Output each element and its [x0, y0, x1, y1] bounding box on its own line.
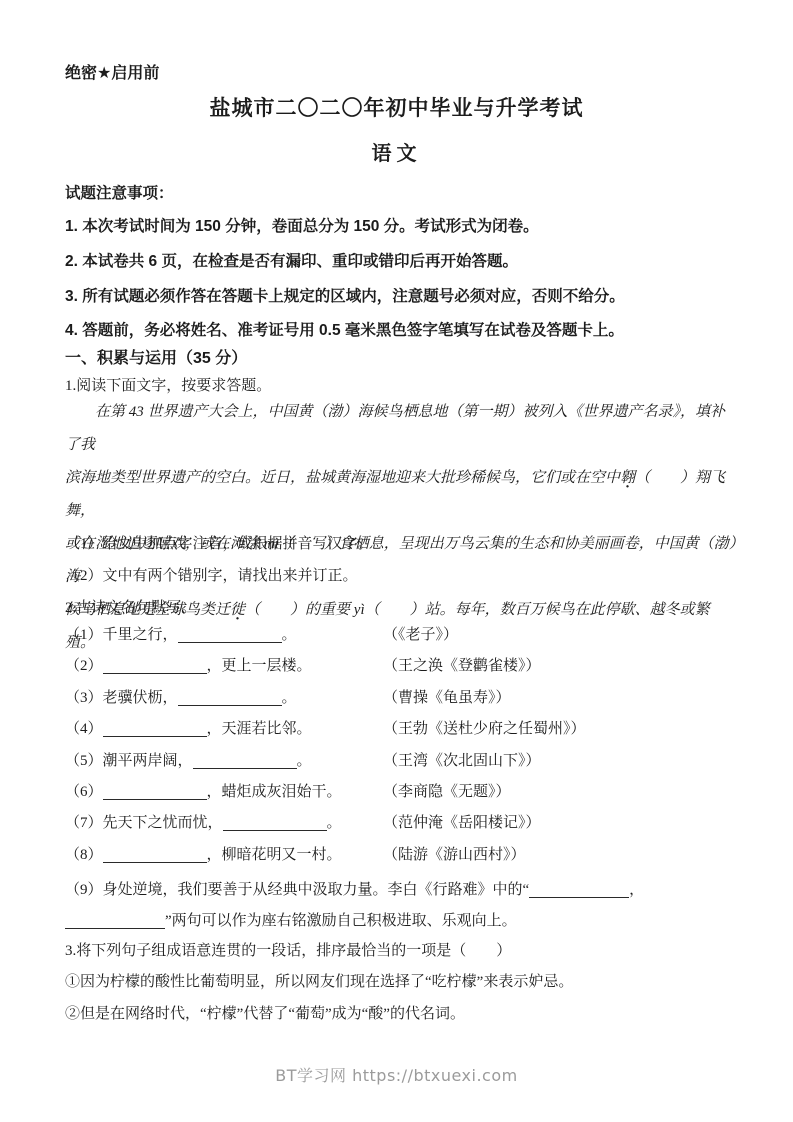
answer-blank: [178, 630, 282, 643]
poem-sentence: （5）潮平两岸阔，。: [65, 746, 383, 777]
poem-citation: （《老子》）: [383, 620, 458, 651]
notice-item: 1. 本次考试时间为 150 分钟，卷面总分为 150 分。考试形式为闭卷。: [65, 214, 539, 236]
watermark-footer: BT学习网 https://btxuexi.com: [0, 1063, 793, 1086]
question-3-stem: 3.将下列句子组成语意连贯的一段话，排序最恰当的一项是（ ）: [65, 939, 511, 960]
answer-blank: [223, 818, 327, 831]
question-1-stem: 1.阅读下面文字，按要求答题。: [65, 374, 271, 395]
poem-row: （1）千里之行，。（《老子》）: [65, 620, 775, 651]
poem-citation: （范仲淹《岳阳楼记》）: [383, 808, 541, 839]
answer-blank: [103, 661, 207, 674]
poem-text-after: 。: [282, 627, 297, 643]
poem-item-9-line-1: （9）身处逆境，我们要善于从经典中汲取力量。李白《行路难》中的“，: [65, 878, 644, 899]
poem-sentence: （2），更上一层楼。: [65, 651, 383, 682]
notice-item: 2. 本试卷共 6 页，在检查是否有漏印、重印或错印后再开始答题。: [65, 249, 518, 271]
poem-item-9-line-2: ”两句可以作为座右铭激励自己积极进取、乐观向上。: [65, 909, 517, 930]
poem-row: （4），天涯若比邻。（王勃《送杜少府之任蜀州》）: [65, 714, 775, 745]
question-1-sub-1: （1）给文中加点字注音，或根据拼音写汉字。: [65, 532, 373, 553]
passage-line: 滨海地类型世界遗产的空白。近日，盐城黄海湿地迎来大批珍稀候鸟，它们或在空中翱（ …: [65, 462, 737, 528]
poem-row: （3）老骥伏枥，。（曹操《龟虽寿》）: [65, 683, 775, 714]
poem-citation: （王之涣《登鹳雀楼》）: [383, 651, 541, 682]
answer-blank: [178, 693, 282, 706]
poem-citation: （王勃《送杜少府之任蜀州》）: [383, 714, 586, 745]
answer-blank: [65, 916, 165, 929]
notice-heading: 试题注意事项：: [65, 181, 174, 203]
answer-blank: [103, 850, 207, 863]
poem-row: （5）潮平两岸阔，。（王湾《次北固山下》）: [65, 746, 775, 777]
poem-sentence: （1）千里之行，。: [65, 620, 383, 651]
passage-text: 滨海地类型世界遗产的空白。近日，盐城黄海湿地迎来大批珍稀候鸟，它们或在空中: [65, 470, 620, 486]
poem-text-before: （7）先天下之忧而忧，: [65, 815, 223, 831]
emphasized-char: 徙: [230, 602, 245, 618]
poem-list: （1）千里之行，。（《老子》）（2），更上一层楼。（王之涣《登鹳雀楼》）（3）老…: [65, 620, 775, 871]
poem-text-after: ，蜡炬成灰泪始干。: [207, 784, 342, 800]
poem-text-after: 。: [327, 815, 342, 831]
notice-item: 4. 答题前，务必将姓名、准考证号用 0.5 毫米黑色签字笔填写在试卷及答题卡上…: [65, 318, 624, 340]
poem-text-after: ，天涯若比邻。: [207, 721, 312, 737]
section-heading: 一、积累与运用（35 分）: [65, 345, 247, 368]
poem-text-before: （2）: [65, 658, 103, 674]
poem-row: （6），蜡炬成灰泪始干。（李商隐《无题》）: [65, 777, 775, 808]
answer-blank: [529, 885, 629, 898]
passage-text: 在第 43 世界遗产大会上，中国黄（渤）海候鸟栖息地（第一期）被列入《世界遗产名…: [65, 404, 725, 453]
poem-text-before: （4）: [65, 721, 103, 737]
poem-text-before: （8）: [65, 847, 103, 863]
poem-citation: （王湾《次北固山下》）: [383, 746, 541, 777]
poem-citation: （李商隐《无题》）: [383, 777, 511, 808]
poem-text-after: ”两句可以作为座右铭激励自己积极进取、乐观向上。: [165, 913, 517, 929]
poem-text-before: （5）潮平两岸阔，: [65, 753, 193, 769]
confidential-label: 绝密★启用前: [65, 60, 159, 83]
poem-sentence: （6），蜡炬成灰泪始干。: [65, 777, 383, 808]
poem-text-after: ，更上一层楼。: [207, 658, 312, 674]
subject-title: 语文: [0, 137, 793, 166]
poem-row: （7）先天下之忧而忧，。（范仲淹《岳阳楼记》）: [65, 808, 775, 839]
question-1-sub-2: （2）文中有两个错别字，请找出来并订正。: [65, 564, 358, 585]
poem-sentence: （3）老骥伏枥，。: [65, 683, 383, 714]
exam-paper-page: 绝密★启用前 盐城市二〇二〇年初中毕业与升学考试 语文 试题注意事项： 1. 本…: [0, 0, 793, 1122]
poem-row: （2），更上一层楼。（王之涣《登鹳雀楼》）: [65, 651, 775, 682]
poem-text-before: （1）千里之行，: [65, 627, 178, 643]
answer-blank: [103, 787, 207, 800]
poem-text-after: 。: [297, 753, 312, 769]
question-2-stem: 2.古诗文名句默写。: [65, 596, 196, 617]
poem-sentence: （8），柳暗花明又一村。: [65, 840, 383, 871]
emphasized-char: 翱: [620, 470, 635, 486]
poem-row: （8），柳暗花明又一村。（陆游《游山西村》）: [65, 840, 775, 871]
poem-citation: （曹操《龟虽寿》）: [383, 683, 511, 714]
poem-text-before: （3）老骥伏枥，: [65, 690, 178, 706]
poem-citation: （陆游《游山西村》）: [383, 840, 526, 871]
poem-text-after: ，: [629, 882, 644, 898]
poem-text-after: ，柳暗花明又一村。: [207, 847, 342, 863]
notice-item: 3. 所有试题必须作答在答题卡上规定的区域内，注意题号必须对应，否则不给分。: [65, 284, 625, 306]
passage-line: 在第 43 世界遗产大会上，中国黄（渤）海候鸟栖息地（第一期）被列入《世界遗产名…: [65, 396, 737, 462]
answer-blank: [193, 756, 297, 769]
poem-text-before: （6）: [65, 784, 103, 800]
question-3-sentence: ②但是在网络时代，“柠檬”代替了“葡萄”成为“酸”的代名词。: [65, 1002, 465, 1023]
page-title: 盐城市二〇二〇年初中毕业与升学考试: [0, 92, 793, 122]
answer-blank: [103, 724, 207, 737]
poem-text-after: 。: [282, 690, 297, 706]
question-3-sentence: ①因为柠檬的酸性比葡萄明显，所以网友们现在选择了“吃柠檬”来表示妒忌。: [65, 970, 573, 991]
poem-sentence: （4），天涯若比邻。: [65, 714, 383, 745]
poem-sentence: （7）先天下之忧而忧，。: [65, 808, 383, 839]
poem-text-before: （9）身处逆境，我们要善于从经典中汲取力量。李白《行路难》中的“: [65, 882, 529, 898]
